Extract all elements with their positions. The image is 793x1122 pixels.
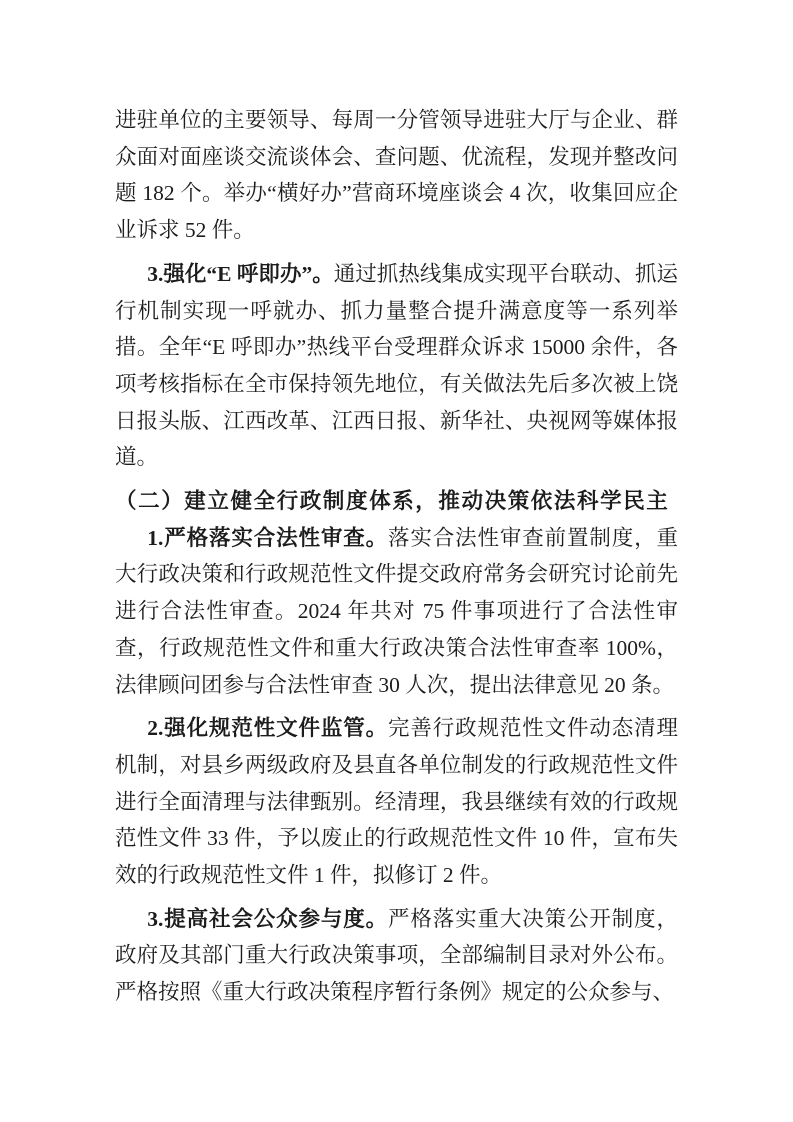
paragraph-text: 完善行政规范性文件动态清理机制，对县乡两级政府及县直各单位制发的行政规范性文件进…: [115, 716, 678, 887]
paragraph-lead: 2.强化规范性文件监管。: [147, 716, 388, 740]
paragraph-normative-documents: 2.强化规范性文件监管。完善行政规范性文件动态清理机制，对县乡两级政府及县直各单…: [115, 710, 678, 894]
paragraph-hall-visits-continued: 进驻单位的主要领导、每周一分管领导进驻大厅与企业、群众面对面座谈交流谈体会、查问…: [115, 102, 678, 249]
paragraph-public-participation: 3.提高社会公众参与度。严格落实重大决策公开制度，政府及其部门重大行政决策事项，…: [115, 901, 678, 1011]
paragraph-text: 通过抓热线集成实现平台联动、抓运行机制实现一呼就办、抓力量整合提升满意度等一系列…: [115, 262, 678, 470]
paragraph-legality-review: 1.严格落实合法性审查。落实合法性审查前置制度，重大行政决策和行政规范性文件提交…: [115, 520, 678, 704]
paragraph-lead: 1.严格落实合法性审查。: [147, 526, 388, 550]
document-page: 进驻单位的主要领导、每周一分管领导进驻大厅与企业、群众面对面座谈交流谈体会、查问…: [0, 0, 793, 1122]
paragraph-text: 进驻单位的主要领导、每周一分管领导进驻大厅与企业、群众面对面座谈交流谈体会、查问…: [115, 108, 678, 242]
section-heading-text: （二）建立健全行政制度体系，推动决策依法科学民主: [115, 489, 669, 513]
section-heading-two: （二）建立健全行政制度体系，推动决策依法科学民主: [115, 483, 678, 520]
paragraph-text: 落实合法性审查前置制度，重大行政决策和行政规范性文件提交政府常务会研究讨论前先进…: [115, 526, 678, 697]
paragraph-lead: 3.强化“E 呼即办”。: [147, 262, 334, 286]
paragraph-lead: 3.提高社会公众参与度。: [147, 907, 388, 931]
paragraph-e-hu-ji-ban: 3.强化“E 呼即办”。通过抓热线集成实现平台联动、抓运行机制实现一呼就办、抓力…: [115, 256, 678, 476]
